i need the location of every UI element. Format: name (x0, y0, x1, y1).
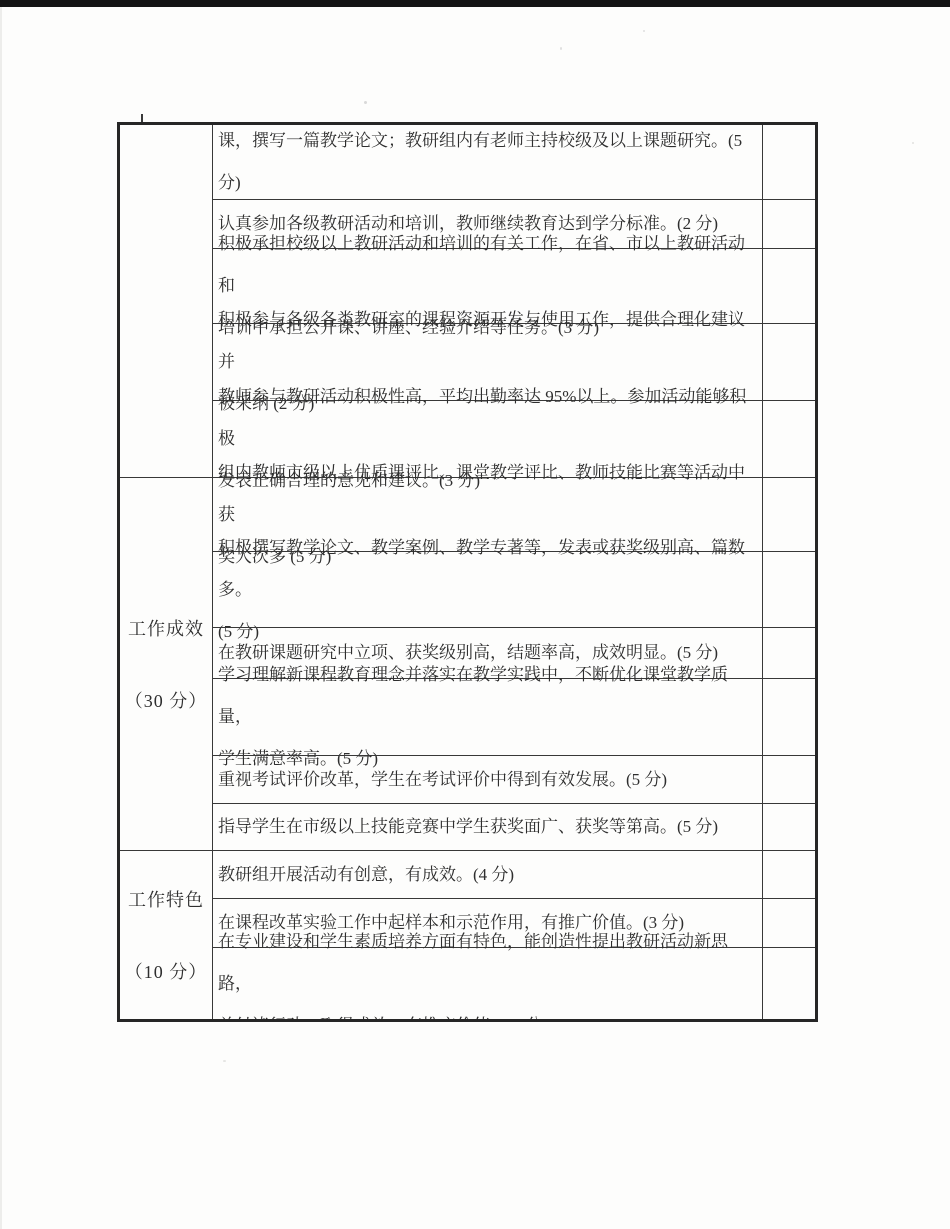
category-title: 工作特色 (128, 886, 204, 912)
criteria-cell: 教研组开展活动有创意，有成效。(4 分) (213, 851, 762, 898)
score-cell (762, 756, 815, 803)
table-row: 教研组开展活动有创意，有成效。(4 分) (213, 851, 815, 898)
score-cell (762, 324, 815, 400)
table-row: 学习理解新课程教育理念并落实在教学实践中，不断优化课堂教学质量， 学生满意率高。… (213, 678, 815, 755)
scan-speckle (560, 47, 562, 50)
score-cell (762, 401, 815, 477)
criteria-cell: 指导学生在市级以上技能竞赛中学生获奖面广、获奖等第高。(5 分) (213, 804, 762, 850)
table-row: 在专业建设和学生素质培养方面有特色，能创造性提出教研活动新思路， 并付诸行动，取… (213, 947, 815, 1019)
scanned-page: 课，撰写一篇教学论文；教研组内有老师主持校级及以上课题研究。(5 分) 认真参加… (0, 0, 950, 1229)
section-continued: 课，撰写一篇教学论文；教研组内有老师主持校级及以上课题研究。(5 分) 认真参加… (120, 125, 815, 477)
score-cell (762, 200, 815, 248)
score-cell (762, 899, 815, 947)
category-cell: 工作特色 （10 分） (120, 851, 213, 1019)
table-row: 课，撰写一篇教学论文；教研组内有老师主持校级及以上课题研究。(5 分) (213, 125, 815, 199)
scan-speckle (223, 1060, 226, 1062)
section-work-results: 工作成效 （30 分） 组内教师市级以上优质课评比、课堂教学评比、教师技能比赛等… (120, 477, 815, 850)
criteria-cell: 积极撰写教学论文、教学案例、教学专著等，发表或获奖级别高、篇数多。 (5 分) (213, 552, 762, 627)
category-cell-empty (120, 125, 213, 477)
score-cell (762, 851, 815, 898)
scan-speckle (643, 30, 645, 32)
score-cell (762, 125, 815, 199)
scan-speckle (364, 101, 367, 104)
criteria-cell: 重视考试评价改革，学生在考试评价中得到有效发展。(5 分) (213, 756, 762, 803)
score-cell (762, 478, 815, 551)
score-cell (762, 804, 815, 850)
score-cell (762, 249, 815, 323)
score-cell (762, 628, 815, 678)
table-row: 积极撰写教学论文、教学案例、教学专著等，发表或获奖级别高、篇数多。 (5 分) (213, 551, 815, 627)
criteria-cell: 课，撰写一篇教学论文；教研组内有老师主持校级及以上课题研究。(5 分) (213, 125, 762, 199)
criteria-cell: 学习理解新课程教育理念并落实在教学实践中，不断优化课堂教学质量， 学生满意率高。… (213, 679, 762, 755)
scan-speckle (912, 142, 914, 144)
category-title: 工作成效 (128, 615, 204, 641)
category-points: （30 分） (125, 687, 208, 713)
section-work-features: 工作特色 （10 分） 教研组开展活动有创意，有成效。(4 分) 在课程改革实验… (120, 850, 815, 1019)
criteria-cell: 在专业建设和学生素质培养方面有特色，能创造性提出教研活动新思路， 并付诸行动，取… (213, 948, 762, 1019)
table-row: 指导学生在市级以上技能竞赛中学生获奖面广、获奖等第高。(5 分) (213, 803, 815, 850)
score-cell (762, 552, 815, 627)
category-points: （10 分） (125, 958, 208, 984)
scan-top-edge-bar (0, 0, 950, 7)
scan-left-edge-artifact (0, 7, 2, 1229)
evaluation-rubric-table: 课，撰写一篇教学论文；教研组内有老师主持校级及以上课题研究。(5 分) 认真参加… (117, 122, 818, 1022)
category-cell: 工作成效 （30 分） (120, 478, 213, 850)
score-cell (762, 948, 815, 1019)
table-row: 重视考试评价改革，学生在考试评价中得到有效发展。(5 分) (213, 755, 815, 803)
score-cell (762, 679, 815, 755)
